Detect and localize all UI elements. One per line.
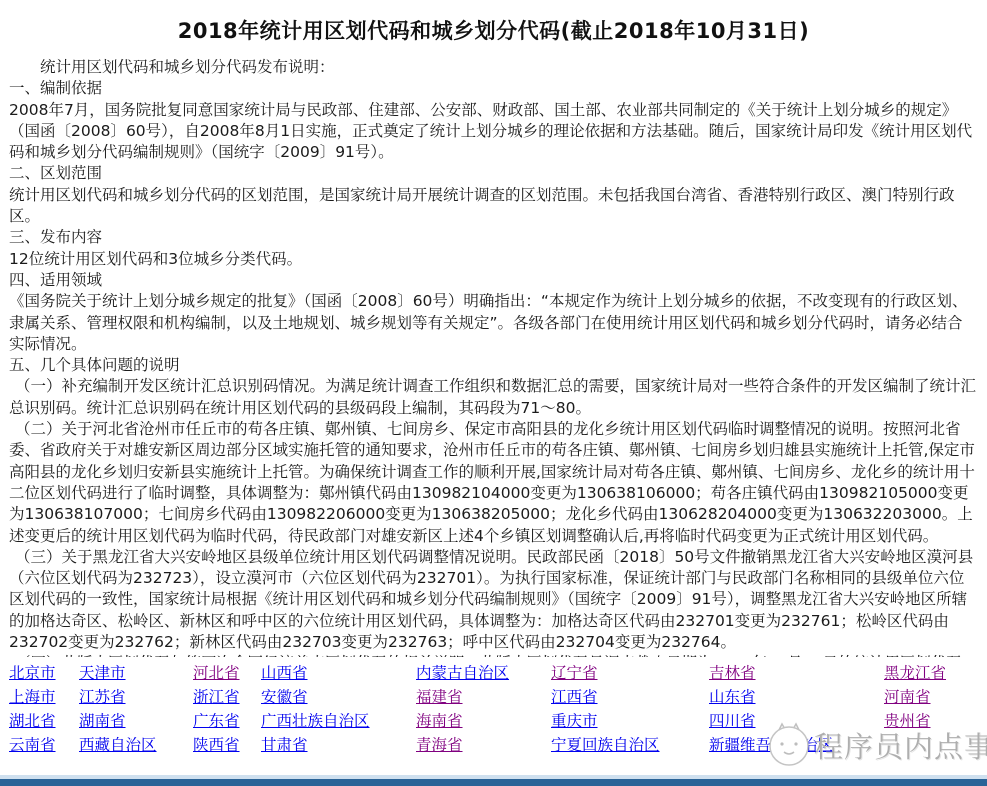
province-link[interactable]: 广西壮族自治区: [261, 712, 370, 730]
province-link[interactable]: 河南省: [884, 688, 931, 706]
section-heading: 一、编制依据: [9, 78, 978, 99]
province-link[interactable]: 西藏自治区: [79, 736, 157, 754]
paragraph: 12位统计用区划代码和3位城乡分类代码。: [9, 249, 978, 270]
paragraph: （四）此版本区划代码与第四次全国经济普查区划代码的相关说明。此版本区划代码是调查…: [9, 653, 978, 657]
province-link[interactable]: 云南省: [9, 736, 56, 754]
province-link[interactable]: 湖南省: [79, 712, 126, 730]
province-link[interactable]: 安徽省: [261, 688, 308, 706]
province-links-table: 北京市 天津市 河北省 山西省 内蒙古自治区 辽宁省 吉林省 黑龙江省 上海市 …: [9, 660, 978, 756]
section-heading: 四、适用领域: [9, 270, 978, 291]
province-link[interactable]: 江西省: [551, 688, 598, 706]
province-link[interactable]: 浙江省: [193, 688, 240, 706]
province-link[interactable]: 海南省: [416, 712, 463, 730]
province-links-section: 北京市 天津市 河北省 山西省 内蒙古自治区 辽宁省 吉林省 黑龙江省 上海市 …: [9, 660, 978, 756]
paragraph: 2008年7月，国务院批复同意国家统计局与民政部、住建部、公安部、财政部、国土部…: [9, 100, 978, 164]
province-link[interactable]: 辽宁省: [551, 664, 598, 682]
province-link[interactable]: 贵州省: [884, 712, 931, 730]
province-link[interactable]: 宁夏回族自治区: [551, 736, 660, 754]
section-heading: 三、发布内容: [9, 227, 978, 248]
province-links-row: 湖北省 湖南省 广东省 广西壮族自治区 海南省 重庆市 四川省 贵州省: [9, 708, 978, 732]
province-link[interactable]: 甘肃省: [261, 736, 308, 754]
province-link[interactable]: 陕西省: [193, 736, 240, 754]
section-heading: 二、区划范围: [9, 163, 978, 184]
province-link[interactable]: 内蒙古自治区: [416, 664, 509, 682]
province-link[interactable]: 四川省: [709, 712, 756, 730]
province-link[interactable]: 黑龙江省: [884, 664, 946, 682]
intro-paragraph: 统计用区划代码和城乡划分代码发布说明：: [9, 57, 978, 78]
province-link[interactable]: 青海省: [416, 736, 463, 754]
province-links-row: 云南省 西藏自治区 陕西省 甘肃省 青海省 宁夏回族自治区 新疆维吾尔自治区: [9, 732, 978, 756]
page-title: 2018年统计用区划代码和城乡划分代码(截止2018年10月31日): [0, 0, 987, 45]
province-link[interactable]: 江苏省: [79, 688, 126, 706]
province-link[interactable]: 广东省: [193, 712, 240, 730]
empty-cell: [884, 732, 978, 756]
footer-accent-bar: [0, 779, 987, 786]
paragraph: 《国务院关于统计上划分城乡规定的批复》（国函〔2008〕60号）明确指出：“本规…: [9, 291, 978, 355]
paragraph: （一）补充编制开发区统计汇总识别码情况。为满足统计调查工作组织和数据汇总的需要，…: [9, 376, 978, 419]
province-link[interactable]: 上海市: [9, 688, 56, 706]
paragraph: （二）关于河北省沧州市任丘市的苟各庄镇、鄚州镇、七间房乡、保定市高阳县的龙化乡统…: [9, 419, 978, 547]
province-link[interactable]: 河北省: [193, 664, 240, 682]
province-link[interactable]: 重庆市: [551, 712, 598, 730]
province-link[interactable]: 山东省: [709, 688, 756, 706]
province-link[interactable]: 天津市: [79, 664, 126, 682]
section-heading: 五、几个具体问题的说明: [9, 355, 978, 376]
province-link[interactable]: 新疆维吾尔自治区: [709, 736, 833, 754]
province-links-row: 上海市 江苏省 浙江省 安徽省 福建省 江西省 山东省 河南省: [9, 684, 978, 708]
province-link[interactable]: 福建省: [416, 688, 463, 706]
province-link[interactable]: 湖北省: [9, 712, 56, 730]
province-link[interactable]: 吉林省: [709, 664, 756, 682]
province-link[interactable]: 北京市: [9, 664, 56, 682]
document-page: 2018年统计用区划代码和城乡划分代码(截止2018年10月31日) 统计用区划…: [0, 0, 987, 786]
paragraph: 统计用区划代码和城乡划分代码的区划范围，是国家统计局开展统计调查的区划范围。未包…: [9, 185, 978, 228]
province-link[interactable]: 山西省: [261, 664, 308, 682]
province-links-row: 北京市 天津市 河北省 山西省 内蒙古自治区 辽宁省 吉林省 黑龙江省: [9, 660, 978, 684]
document-body: 统计用区划代码和城乡划分代码发布说明： 一、编制依据 2008年7月，国务院批复…: [9, 57, 978, 657]
paragraph: （三）关于黑龙江省大兴安岭地区县级单位统计用区划代码调整情况说明。民政部民函〔2…: [9, 547, 978, 653]
